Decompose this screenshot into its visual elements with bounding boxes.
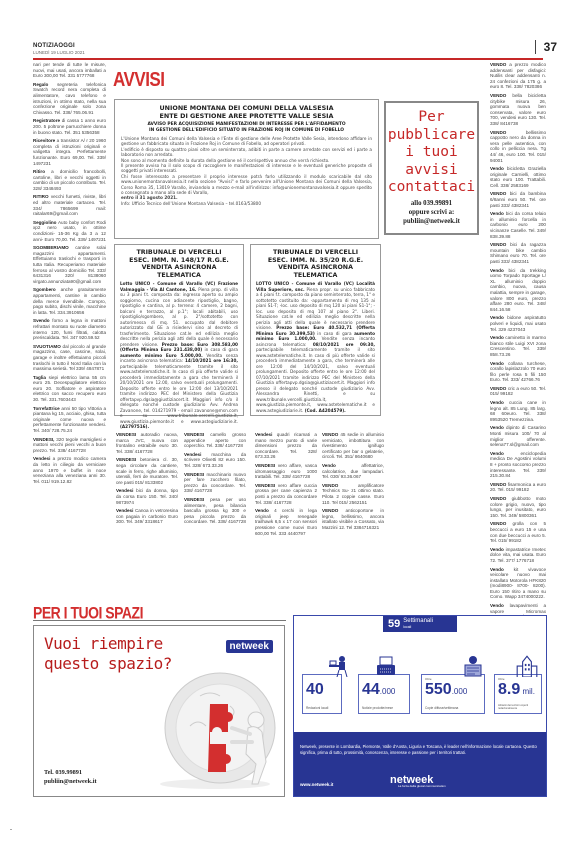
stat-suffix: .000	[380, 687, 396, 696]
stat-value: 44	[362, 681, 380, 698]
ad-lead-word: VENDO	[490, 496, 506, 501]
stat-value: 40	[306, 681, 324, 699]
auction-datetime: 08/10/2021 ore 09:30,	[313, 342, 375, 347]
classified-ad: VENDO cric a euro 50. Tel. 015/ 99182	[490, 386, 546, 397]
classified-ad: Vendesi macchina da scrivere Olivetti 82…	[184, 452, 246, 469]
classifieds-column: VENDESI camello grosso appendice aperto …	[184, 432, 246, 528]
classified-ad: Vendesi a prezzo modico camera da letto …	[33, 456, 106, 484]
auction-datetime: 14/10/2021 ore 16:30,	[185, 358, 238, 363]
classified-ad: Torrefattrice anni 50 tipo Vittoria a pi…	[33, 406, 106, 434]
ad-lead-word: SGOMBERIAMO	[33, 245, 69, 250]
property-description: Piena propr. su unico fabbricato a 4 pia…	[256, 287, 375, 331]
publish-line: i tuoi	[386, 144, 477, 162]
unione-montana-notice: UNIONE MONTANA DEI COMUNI DELLA VALSESIA…	[114, 99, 379, 239]
netweek-info-band: Netweek, presente in Lombardia, Piemonte…	[294, 732, 546, 797]
classified-ad: Ritiro a domicilio francobolli, cartolin…	[33, 169, 106, 191]
ad-lead-word: Vendo	[322, 463, 336, 468]
weeklies-label: Settimanali	[403, 618, 433, 624]
classified-ad: VENDESI vero affare cuccia grossa per ca…	[255, 483, 317, 505]
ad-lead-word: Vendesi	[33, 456, 50, 461]
ad-lead-word: Vendo	[490, 400, 504, 405]
notice-paragraph: L'Unione Montana dei Comuni della Valses…	[121, 136, 372, 147]
ad-lead-word: VENDESI,	[33, 437, 54, 442]
notice-code: (Cod. A4204579).	[305, 408, 346, 413]
ad-lead-word: Vendo	[490, 315, 504, 320]
classified-ad: VENDO grolla con 5 beccucci a euro 15 e …	[490, 521, 546, 543]
publication-name: NOTIZIAOGGI	[33, 43, 75, 49]
stat-copie: Oltre 550.000 Copie diffuse/settimana	[421, 674, 485, 714]
header-rule	[33, 58, 543, 60]
classified-ad: Sgombero anche gratuitamente appartament…	[33, 287, 106, 315]
page-mark	[10, 829, 12, 830]
classified-ad: Vendo caminetto in marmo bianco stile Lu…	[490, 335, 546, 357]
classified-ad: Ricevitore a transistor A/ r 20 1960 com…	[33, 138, 106, 166]
classified-ad: VENDO fisarmonica a euro 20. Tel. 015/ 9…	[490, 482, 546, 493]
ad-lead-word: Torrefattrice	[33, 406, 60, 411]
ad-text: segreteria telefonica Swatch record nera…	[33, 82, 106, 115]
ad-lead-word: SVUOTIAMO	[33, 344, 61, 349]
sale-type: VENDITA ASINCRONA TELEMATICA	[256, 264, 375, 279]
ad-contact: Tel. 039.99891 publiin@netweek.it	[44, 768, 97, 786]
classified-ad: VENDO bici da bambina 6/8anni euro 50. T…	[490, 191, 546, 208]
tribunale-notice-148-17: TRIBUNALE DI VERCELLI ESEC. IMM. N. 148/…	[114, 244, 244, 416]
classified-ad: Vendo dipinto di Casarino Monti misura 1…	[490, 425, 546, 447]
ad-lead-word: VENDO	[490, 521, 506, 526]
ad-lead-word: VENDO	[490, 242, 506, 247]
ad-lead-word: Regalo	[33, 82, 48, 87]
ad-lead-word: Ritiro	[33, 169, 45, 174]
classified-ad: Svendo forno a legna in mattoni refratta…	[33, 318, 106, 340]
stat-abitanti: Oltre 8.9 mil. Abitanti dei territori co…	[494, 674, 542, 714]
property-description: Piena prop. di villa su 3 piani f.t. com…	[120, 287, 238, 347]
classified-ad: Vendesi Canoa in vetroresina con pagaia …	[116, 508, 178, 525]
classified-ad: Vendo kit vivavoce veicolare nuovo mai i…	[490, 567, 546, 601]
classified-ad: Vendo enciclopedia medica De Agostini vo…	[490, 451, 546, 479]
advertise-here-ad: Vuoi riempire questo spazio? netweek Tel…	[33, 625, 285, 797]
notice-deadline: entro il 31 agosto 2021.	[121, 195, 178, 200]
notice-body: Lotto UNICO - Comune di Varallo (VC) Fra…	[120, 281, 238, 430]
classified-ad: Vendo impastatrice Imetec dolce vita, ma…	[490, 547, 546, 564]
classified-ad: Vendo collana turchese, corallo lapislaz…	[490, 361, 546, 383]
weeklies-sublabel: locali	[403, 625, 433, 629]
classified-ad: RITIRO vecchi fumetti, riviste, libri ed…	[33, 194, 106, 216]
classified-ad: VENDESI betoniera cl. 30, sega circolare…	[116, 457, 178, 485]
ad-text: bellissimo cappotto nero da donna in ver…	[490, 130, 546, 163]
classified-ad: nari per tende di tutte le misure, nuovi…	[33, 62, 106, 79]
classified-ad: Vendo bici da trekking uomo Torpado Spor…	[490, 268, 546, 313]
publish-line: avvisi	[386, 162, 477, 180]
notice-body: L'Unione Montana dei Comuni della Valses…	[121, 136, 372, 206]
ad-lead-word: Vendesi	[184, 452, 201, 457]
classified-ad: VENDESI pesa per uso alimentare, pesa bi…	[184, 497, 246, 525]
ad-text: nari per tende di tutte le misure, nuovi…	[33, 62, 106, 78]
ad-lead-word: VENDO	[490, 93, 506, 98]
notice-text: partecipabile telematicamente tramite il…	[256, 347, 375, 413]
classified-ad: Regalo segreteria telefonica Swatch reco…	[33, 82, 106, 116]
publish-or: oppure scrivi a:	[386, 208, 477, 217]
notice-title-2: ENTE DI GESTIONE AREE PROTETTE VALLE SES…	[121, 112, 372, 120]
netweek-website-link[interactable]: www.netweek.it	[300, 782, 333, 787]
ad-lead-word: Sgombero	[33, 287, 56, 292]
section-rule	[33, 620, 286, 621]
stat-label: Abitanti dei territori coperti redaziona…	[498, 704, 540, 710]
case-number: ESEC. IMM. N. 35/20 R.G.E.	[256, 257, 375, 265]
publish-line: contattaci	[386, 179, 477, 197]
ad-lead-word: VENDESI	[116, 432, 136, 437]
classified-ad: VENDO a prezzo modico addensanti per dis…	[490, 62, 546, 90]
publish-contact-box: Per pubblicare i tuoi avvisi contattaci …	[384, 101, 479, 235]
classified-ad: Vendo bicicletta Graziella originale Car…	[490, 166, 546, 188]
ad-lead-word: VENDO	[490, 386, 506, 391]
puzzle-figure-icon	[160, 666, 280, 791]
notice-paragraph: Chi fosse interessato a presentare il pr…	[121, 174, 372, 196]
ad-lead-word: VENDO	[322, 483, 338, 488]
sale-type: VENDITA ASINCRONA TELEMATICA	[120, 264, 238, 279]
ad-lead-word: Registratore	[33, 118, 60, 123]
stat-value: 8.9	[498, 681, 520, 698]
ad-lead-word: VENDO	[322, 432, 338, 437]
classified-ad: SGOMBERIAMO cantine solai magazzini appa…	[33, 245, 106, 284]
ad-text: kit vivavoce veicolare nuovo mai install…	[490, 567, 546, 600]
ad-lead-word: VENDESI	[255, 463, 275, 468]
classified-ad: VENDO amplificatore Technics Su- z1 otti…	[322, 483, 384, 505]
typewriter-icon	[375, 655, 397, 677]
ad-lead-word: Vendo	[490, 335, 504, 340]
case-number: ESEC. IMM. N. 148/17 R.G.E.	[120, 257, 238, 265]
classified-ad: Vendesi quadri ricamati a mano mezzo pun…	[255, 432, 317, 460]
stat-suffix: .000	[452, 687, 468, 696]
classified-ad: Vendo 4 cerchi in lega originali jeep re…	[255, 508, 317, 536]
ad-lead-word: VENDESI	[184, 472, 204, 477]
ad-lead-word: VENDESI	[184, 497, 204, 502]
ad-phone: Tel. 039.99891	[44, 768, 97, 777]
netweek-logo: netweekLa forza della glocal communicati…	[390, 774, 446, 788]
classified-ad: VENDO 45 sedie in alluminio verniciato, …	[322, 432, 384, 460]
notice-paragraph: Il presente avviso ha il solo scopo di r…	[121, 163, 372, 174]
ad-lead-word: Vendo	[490, 451, 504, 456]
ad-lead-word: Taglia	[33, 375, 46, 380]
town-buildings-icon	[515, 653, 539, 677]
ad-lead-word: Vendo	[490, 268, 504, 273]
ad-lead-word: VENDO	[490, 191, 506, 196]
ad-lead-word: Vendo	[255, 508, 269, 513]
ad-lead-word: Vendesi	[255, 432, 272, 437]
ad-lead-word: Vendo	[490, 166, 504, 171]
notice-code: (A2797516).	[120, 424, 149, 429]
classified-ad: Vendo cuccia cane in legno alt. 85 Lung.…	[490, 400, 546, 422]
netweek-logo: netweek	[226, 640, 273, 653]
ad-lead-word: VENDESI	[255, 483, 275, 488]
classifieds-right-column: VENDO a prezzo modico addensanti per dis…	[490, 62, 546, 628]
classified-ad: SVUOTIAMO dal piccolo al grande magazzin…	[33, 344, 106, 372]
netweek-network-ad: 59 Settimanalilocali 40 Redazioni locali…	[293, 615, 547, 797]
notice-paragraph: L'edificio è disposto su quattro piani o…	[121, 147, 372, 158]
notice-text: in caso di gara	[317, 331, 351, 336]
ad-lead-word: VENDO	[490, 62, 506, 67]
notice-text: in caso di gara	[204, 347, 238, 352]
ad-text: bici da trekking uomo Torpado Sportage L…	[490, 268, 546, 312]
publish-line: pubblicare	[386, 127, 477, 145]
classified-ad: VENDESI autoradio nuova, marca JVC, nuov…	[116, 432, 178, 454]
classified-ad: VENDO giubbotto moto colore grigio, nuov…	[490, 496, 546, 518]
ad-lead-word: VENDESI	[184, 432, 204, 437]
ad-lead-word: VENDO	[490, 482, 506, 487]
classified-ad: Vendo bici da corsa telaio in alluminio …	[490, 211, 546, 239]
classified-ad: VENDESI vero affare, vasca idromassaggio…	[255, 463, 317, 480]
classifieds-left-column: nari per tende di tutte le misure, nuovi…	[33, 62, 106, 487]
ad-lead-word: Svendo	[33, 318, 50, 323]
classified-ad: VENDO bici da ragazza mountain bike camb…	[490, 242, 546, 264]
section-title-avvisi: AVVISI	[113, 68, 164, 92]
headline-line: Vuoi riempire	[44, 634, 172, 654]
ad-lead-word: Vendo	[490, 567, 504, 572]
classified-ad: Taglia siepi elettrico lama 55 cm euro 2…	[33, 375, 106, 403]
classified-ad: Vendesi bici da donna, tipo da corsa Eur…	[116, 488, 178, 505]
publish-email-link[interactable]: publiin@netweek.it	[386, 217, 477, 226]
ad-text: bella bicicletta citybike misura 26, gom…	[490, 93, 546, 126]
publish-line: Per	[386, 109, 477, 127]
notice-title-1: UNIONE MONTANA DEI COMUNI DELLA VALSESIA	[121, 104, 372, 112]
stat-suffix: mil.	[520, 687, 535, 696]
weeklies-count: 59	[388, 618, 400, 630]
classified-ad: VENDO bella bicicletta citybike misura 2…	[490, 93, 546, 127]
classified-ad: Seggiolino Auto baby confort Rodi xp2 ne…	[33, 220, 106, 242]
headline-line: questo spazio?	[44, 654, 172, 674]
ad-email-link[interactable]: publiin@netweek.it	[44, 777, 97, 786]
stat-label: Redazioni locali	[306, 706, 328, 710]
issue-date: LUNEDÌ 19 LUGLIO 2021	[33, 50, 85, 55]
classified-ad: VENDESI, 320 tegole marsigliesi e matton…	[33, 437, 106, 454]
ad-lead-word: Vendo	[490, 547, 504, 552]
ad-lead-word: Ricevitore	[33, 138, 55, 143]
ad-lead-word: VENDO	[490, 130, 506, 135]
weeklies-badge: 59 Settimanalilocali	[383, 616, 457, 632]
notice-body: LOTTO UNICO - Comune di Varallo (VC) Loc…	[256, 281, 375, 413]
ad-text: cantine solai magazzini appartamenti. Ef…	[33, 245, 106, 284]
page-header: NOTIZIAOGGI LUNEDÌ 19 LUGLIO 2021 37	[33, 40, 573, 58]
desk-worker-icon	[327, 655, 349, 677]
ad-lead-word: VENDESI	[116, 457, 136, 462]
page-number: 37	[535, 40, 557, 54]
court-name: TRIBUNALE DI VERCELLI	[256, 249, 375, 257]
ad-lead-word: Seggiolino	[33, 220, 56, 225]
stat-value: 550	[425, 681, 452, 698]
classifieds-column: VENDO 45 sedie in alluminio verniciato, …	[322, 432, 384, 534]
stat-redazioni: 40 Redazioni locali	[302, 674, 342, 714]
tribunale-notice-35-20: TRIBUNALE DI VERCELLI ESEC. IMM. N. 35/2…	[250, 244, 381, 416]
classified-ad: VENDESI macchinario nuovo per fare zucch…	[184, 472, 246, 494]
publish-phone: allo 039.99891	[386, 199, 477, 208]
classifieds-column: Vendesi quadri ricamati a mano mezzo pun…	[255, 432, 317, 539]
ad-lead-word: Vendo	[490, 603, 504, 608]
notice-footer: Info: Ufficio Tecnico dell'Unione Montan…	[121, 201, 372, 206]
ad-lead-word: Vendesi	[116, 488, 133, 493]
classified-ad: Vendo bidone aspiratutto polveri e liqui…	[490, 315, 546, 332]
stat-label: Notizie prodotte/mese	[362, 706, 393, 710]
ad-lead-word: Vendo	[490, 211, 504, 216]
stat-notizie: 44.000 Notizie prodotte/mese	[358, 674, 410, 714]
classified-ad: VENDO anticoportone in legno, bellissimo…	[322, 508, 384, 530]
classified-ad: Registratore di cassa 1 anno euro 200. 5…	[33, 118, 106, 135]
min-increment: aumento minimo Euro 5.000,00.	[120, 353, 203, 358]
classified-ad: VENDESI camello grosso appendice aperto …	[184, 432, 246, 449]
netweek-tagline: La forza della glocal communication	[398, 784, 446, 788]
ad-headline: Vuoi riempire questo spazio?	[44, 634, 172, 674]
newspaper-reader-icon	[462, 655, 484, 677]
netweek-description: Netweek, presente in Lombardia, Piemonte…	[300, 744, 540, 755]
notice-text: partecipabile telematicamente tramite il…	[120, 364, 238, 424]
ad-lead-word: RITIRO	[33, 194, 49, 199]
ad-lead-word: VENDO	[322, 508, 338, 513]
ad-lead-word: Vendo	[490, 425, 504, 430]
ad-lead-word: Vendesi	[116, 508, 133, 513]
court-name: TRIBUNALE DI VERCELLI	[120, 249, 238, 257]
stat-label: Copie diffuse/settimana	[425, 706, 458, 710]
notice-subtitle-2: IN GESTIONE DELL'EDIFICIO SITUATO IN FRA…	[121, 128, 372, 134]
classified-ad: VENDO bellissimo cappotto nero da donna …	[490, 130, 546, 164]
classified-ad: Vendo affettatrice, calcolatrice, due la…	[322, 463, 384, 480]
classifieds-column: VENDESI autoradio nuova, marca JVC, nuov…	[116, 432, 178, 528]
ad-lead-word: Vendo	[490, 361, 504, 366]
